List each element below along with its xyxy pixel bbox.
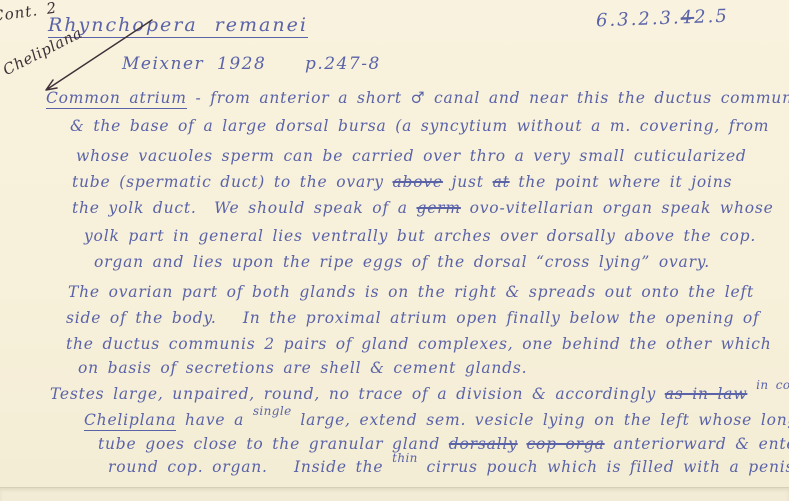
text-segment: - from anterior a short ♂ canal and near… <box>187 89 789 107</box>
handwritten-line: on basis of secretions are shell & cemen… <box>78 358 527 378</box>
handwritten-line: whose vacuoles sperm can be carried over… <box>76 146 747 166</box>
text-segment: just <box>443 173 493 191</box>
text-segment: & the base of a large dorsal bursa (a sy… <box>70 117 769 135</box>
text-segment: at <box>493 173 510 191</box>
text-segment: on basis of secretions are shell & cemen… <box>78 359 527 377</box>
text-segment: The ovarian part of both glands is on th… <box>68 283 754 301</box>
handwritten-line: & the base of a large dorsal bursa (a sy… <box>70 116 769 136</box>
handwritten-line: round cop. organ. Inside the thin cirrus… <box>108 457 789 478</box>
handwritten-line: organ and lies upon the ripe eggs of the… <box>94 252 710 272</box>
text-segment: thin <box>392 448 418 468</box>
handwritten-line: The ovarian part of both glands is on th… <box>68 282 754 302</box>
text-segment: anteriorward & enters below into the <box>605 435 789 453</box>
text-segment: the ductus communis 2 pairs of gland com… <box>66 335 772 353</box>
index-card: Cont. 2 6.3.2.3.42.5 Rhynchopera remanei… <box>0 0 789 501</box>
handwritten-line: yolk part in general lies ventrally but … <box>84 226 756 246</box>
text-segment: in contrast to <box>756 375 789 395</box>
text-segment: round cop. organ. Inside the <box>108 458 392 476</box>
text-segment: as in law <box>665 385 748 403</box>
text-segment: side of the body. In the proximal atrium… <box>66 309 760 327</box>
text-segment: have a <box>176 411 253 429</box>
text-segment: whose vacuoles sperm can be carried over… <box>76 147 747 165</box>
handwritten-line: side of the body. In the proximal atrium… <box>66 308 760 328</box>
handwritten-line: Cheliplana have a single large, extend s… <box>84 410 789 431</box>
text-segment <box>747 385 756 403</box>
text-segment: ovo-vitellarian organ speak whose <box>461 199 774 217</box>
note-body: Common atrium - from anterior a short ♂ … <box>0 0 789 501</box>
text-segment: single <box>253 401 292 421</box>
handwritten-line: Common atrium - from anterior a short ♂ … <box>46 88 789 108</box>
text-segment: above <box>392 173 442 191</box>
text-segment: germ <box>416 199 460 217</box>
text-segment: organ and lies upon the ripe eggs of the… <box>94 253 710 271</box>
text-segment: Testes large, unpaired, round, no trace … <box>50 385 665 403</box>
handwritten-line: tube (spermatic duct) to the ovary above… <box>72 172 732 192</box>
text-segment: dorsally <box>449 435 518 453</box>
text-segment: cirrus pouch which is filled with a peni… <box>418 458 789 476</box>
text-segment: large, extend sem. vesicle lying on the … <box>292 411 789 429</box>
handwritten-line: tube goes close to the granular gland do… <box>98 434 789 454</box>
text-segment: cop orga <box>526 435 604 453</box>
text-segment: Common atrium <box>46 89 187 109</box>
text-segment: tube (spermatic duct) to the ovary <box>72 173 392 191</box>
handwritten-line: the ductus communis 2 pairs of gland com… <box>66 334 772 354</box>
handwritten-line: the yolk duct. We should speak of a germ… <box>72 198 774 218</box>
text-segment: the point where it joins <box>510 173 733 191</box>
text-segment: Cheliplana <box>84 411 176 431</box>
card-bottom-edge <box>0 487 789 501</box>
text-segment: yolk part in general lies ventrally but … <box>84 227 756 245</box>
text-segment: the yolk duct. We should speak of a <box>72 199 416 217</box>
handwritten-line: Testes large, unpaired, round, no trace … <box>50 384 789 405</box>
